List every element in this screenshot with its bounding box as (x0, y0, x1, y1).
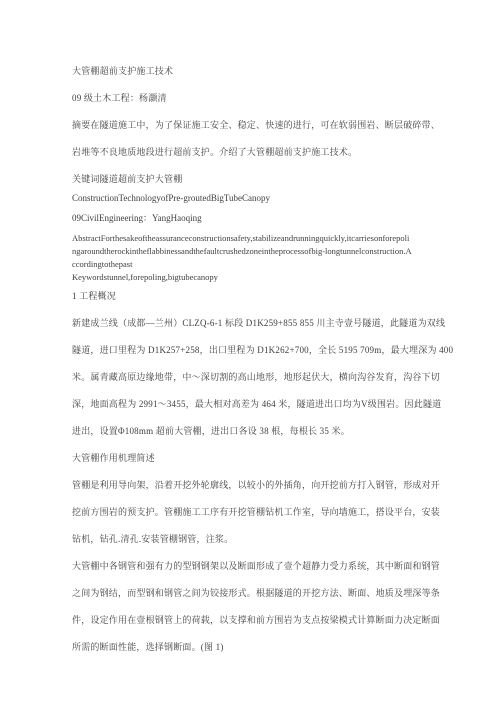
doc-title-zh: 大管棚超前支护施工技术 (72, 65, 436, 78)
abstract-en-line: ccordingtothepast (72, 258, 436, 271)
abstract-en-line: AbstractForthesakeoftheassuranceconstruc… (72, 232, 436, 245)
section1-heading: 1 工程概况 (72, 290, 436, 303)
section2-line: 管棚是利用导向架，沿着开挖外轮廓线，以较小的外插角，向开挖前方打入钢管，形成对开 (72, 479, 436, 492)
section1-line: 进出，设置Φ108mm 超前大管棚，进出口各设 38 根，每根长 35 米。 (72, 425, 436, 438)
section2-line: 挖前方围岩的预支护。管棚施工工序有开挖管棚钻机工作室，导向墙施工，搭设平台，安装 (72, 506, 436, 519)
doc-byline-en: 09CivilEngineering：YangHaoqing (72, 212, 436, 225)
keywords-en: Keywordstunnel,forepoling,bigtubecanopy (72, 271, 436, 284)
abstract-zh-line: 岩堆等不良地质地段进行超前支护。介绍了大管棚超前支护施工技术。 (72, 146, 436, 159)
section2-line: 钻机，钻孔.清孔.安装管棚钢管，注浆。 (72, 533, 436, 546)
section3-line: 件，设定作用在壹根钢管上的荷载，以支撑和前方围岩为支点按梁模式计算断面力决定断面 (72, 614, 436, 627)
section3-line: 大管棚中各钢管和强有力的型钢钢架以及断面形成了壹个超静力受力系统，其中断面和钢管 (72, 560, 436, 573)
document-page: 大管棚超前支护施工技术 09 级土木工程：杨灏清 摘要在隧道施工中，为了保证施工… (0, 0, 496, 701)
section3-line: 所需的断面性能，选择钢断面。(图 1) (72, 641, 436, 654)
abstract-en-line: ngaroundtherockintheflabbinessandthefaul… (72, 245, 436, 258)
section1-line: 隧道，进口里程为 D1K257+258，出口里程为 D1K262+700，全长 … (72, 344, 436, 357)
section1-line: 深，地面高程为 2991～3455，最大相对高差为 464 米，隧道进出口均为V… (72, 398, 436, 411)
section3-line: 之间为钢结，而型钢和钢管之间为铰接形式。根据隧道的开挖方法、断面、地质及埋深等条 (72, 587, 436, 600)
doc-title-en: ConstructionTechnologyofPre-groutedBigTu… (72, 192, 436, 205)
abstract-zh-line: 摘要在隧道施工中，为了保证施工安全、稳定、快速的进行，可在软弱围岩、断层破碎带、 (72, 119, 436, 132)
section2-heading: 大管棚作用机理简述 (72, 452, 436, 465)
section1-line: 新建成兰线（成都—兰州）CLZQ-6-1 标段 D1K259+855 855 川… (72, 317, 436, 330)
section1-line: 米。属青藏高原边缘地带，中～深切割的高山地形，地形起伏大，横向沟谷发育，沟谷下切 (72, 371, 436, 384)
keywords-zh: 关键词隧道超前支护大管棚 (72, 173, 436, 186)
doc-byline-zh: 09 级土木工程：杨灏清 (72, 92, 436, 105)
document-content: 大管棚超前支护施工技术 09 级土木工程：杨灏清 摘要在隧道施工中，为了保证施工… (0, 0, 496, 654)
